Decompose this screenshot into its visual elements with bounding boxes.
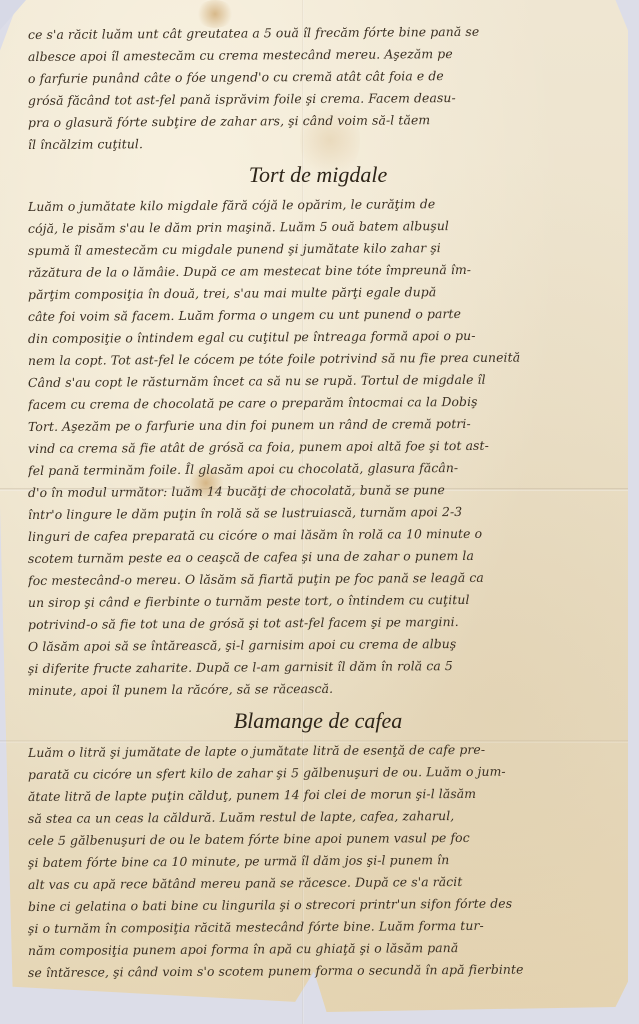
handwritten-line: minute, apoi îl punem la răcóre, să se r… (28, 676, 608, 702)
section-title-tort-de-migdale: Tort de migdale (28, 158, 608, 192)
section-body-blamange-de-cafea: Luăm o litră şi jumătate de lapte o jumă… (28, 740, 608, 982)
handwritten-line: se întăresce, şi când voim s'o scotem pu… (28, 958, 608, 984)
handwritten-line: îl încălzim cuţitul. (28, 130, 608, 156)
intro-paragraph: ce s'a răcit luăm unt cât greutatea a 5 … (28, 22, 608, 154)
manuscript-content: ce s'a răcit luăm unt cât greutatea a 5 … (28, 22, 608, 986)
section-title-blamange-de-cafea: Blamange de cafea (28, 704, 608, 738)
section-body-tort-de-migdale: Luăm o jumătate kilo migdale fără cójă l… (28, 194, 608, 700)
